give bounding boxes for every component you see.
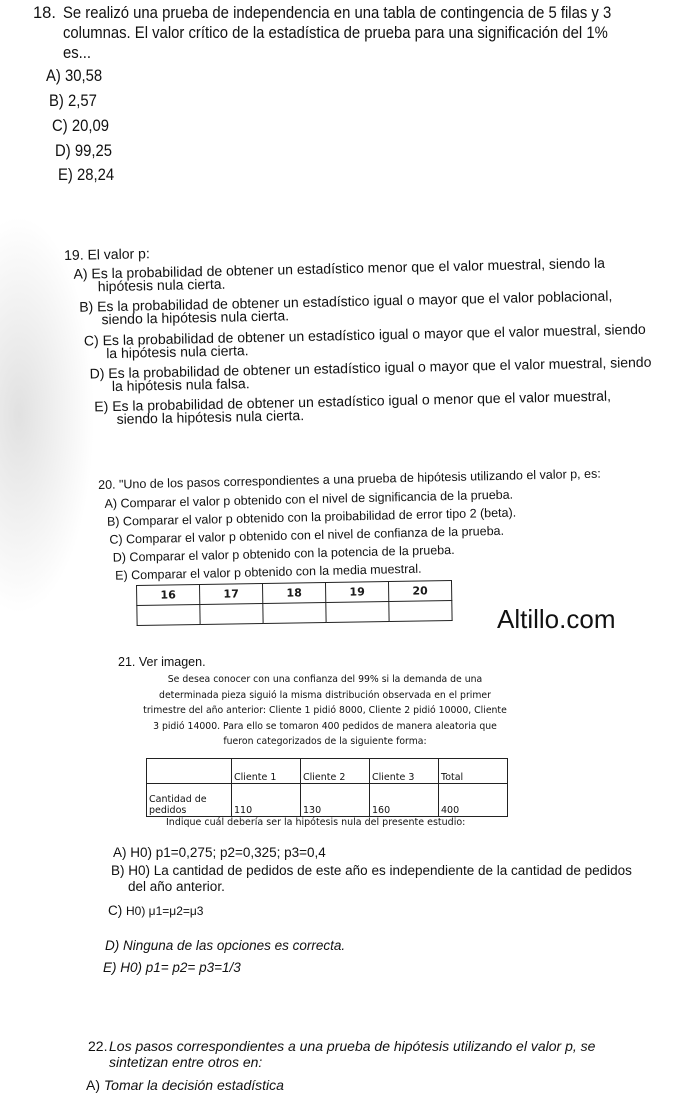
option-letter: B) — [49, 92, 64, 110]
option-letter: C) — [84, 332, 99, 348]
grid-header: 20 — [388, 581, 451, 602]
option-letter: E) — [94, 398, 108, 414]
option-letter: D) — [89, 365, 104, 381]
option-letter: E) — [103, 960, 117, 975]
data-table: Cliente 1 Cliente 2 Cliente 3 Total Cant… — [146, 758, 508, 817]
option-letter: D) — [55, 142, 71, 160]
option-letter: E) — [58, 166, 73, 184]
option-text-cont: siendo la hipótesis nula cierta. — [116, 408, 304, 426]
answer-cell[interactable] — [263, 603, 326, 624]
answer-cell[interactable] — [137, 605, 200, 626]
row-label: Cantidad de pedidos — [147, 784, 232, 817]
answer-cell[interactable] — [326, 602, 389, 623]
answer-grid: 16 17 18 19 20 — [136, 580, 453, 626]
question-stem-line: Se realizó una prueba de independencia e… — [63, 3, 611, 23]
table-header: Cliente 3 — [370, 759, 439, 784]
option-letter: A) — [46, 67, 61, 85]
option-text: 99,25 — [75, 142, 112, 160]
grid-header: 18 — [262, 583, 325, 604]
option-text: H0) p1= p2= p3=1/3 — [120, 960, 240, 975]
option-letter: A) — [86, 1077, 100, 1093]
table-cell: 400 — [439, 784, 508, 817]
option-b[interactable]: B) H0) La cantidad de pedidos de este añ… — [111, 863, 632, 878]
question-stem-line: es... — [63, 43, 91, 63]
option-text: H0) μ1=μ2=μ3 — [126, 904, 203, 918]
answer-grid-answer-row — [137, 601, 452, 626]
option-text: 2,57 — [68, 92, 97, 110]
question-number: 18. — [33, 3, 56, 23]
option-text: 28,24 — [77, 166, 114, 184]
option-text-cont: del año anterior. — [128, 879, 225, 894]
option-text-cont: hipótesis nula cierta. — [98, 277, 226, 294]
grid-header: 19 — [325, 582, 388, 603]
question-title: 19. El valor p: — [64, 246, 150, 262]
table-header: Cliente 2 — [301, 759, 370, 784]
option-letter: A) — [113, 845, 127, 860]
option-text-cont: la hipótesis nula falsa. — [112, 376, 250, 393]
option-letter: C) — [108, 903, 122, 918]
option-c[interactable]: C) 20,09 — [52, 116, 109, 136]
table-cell: 110 — [232, 784, 301, 817]
option-text: H0) p1=0,275; p2=0,325; p3=0,4 — [130, 845, 326, 860]
question-stem-line: Los pasos correspondientes a una prueba … — [109, 1038, 595, 1054]
option-text: Tomar la decisión estadística — [104, 1077, 284, 1093]
table-header-row: Cliente 1 Cliente 2 Cliente 3 Total — [147, 759, 508, 784]
question-number: 22. — [88, 1038, 107, 1054]
option-text: Ninguna de las opciones es correcta. — [123, 938, 345, 953]
option-letter: A) — [73, 266, 87, 282]
question-title: 21. Ver imagen. — [118, 655, 206, 669]
answer-cell[interactable] — [200, 604, 263, 625]
table-cell: 130 — [301, 784, 370, 817]
question-title: 20. "Uno de los pasos correspondientes a… — [98, 467, 601, 492]
option-text-cont: la hipótesis nula cierta. — [106, 343, 249, 360]
option-b[interactable]: B) 2,57 — [49, 91, 97, 111]
option-letter: D) — [105, 938, 119, 953]
option-d[interactable]: D) Ninguna de las opciones es correcta. — [105, 938, 345, 953]
option-c[interactable]: C) H0) μ1=μ2=μ3 — [108, 903, 203, 918]
option-e[interactable]: E) Comparar el valor p obtenido con la m… — [115, 562, 422, 583]
option-e[interactable]: E) 28,24 — [58, 165, 114, 185]
answer-cell[interactable] — [389, 601, 452, 622]
option-text: 30,58 — [65, 67, 102, 85]
grid-header: 16 — [137, 585, 200, 606]
option-d[interactable]: D) 99,25 — [55, 141, 112, 161]
table-row: Cantidad de pedidos 110 130 160 400 — [147, 784, 508, 817]
option-letter: B) — [111, 863, 125, 878]
grid-header: 17 — [200, 584, 263, 605]
question-stem-line: columnas. El valor crítico de la estadís… — [63, 23, 608, 43]
question-stem-line: sintetizan entre otros en: — [109, 1054, 262, 1070]
option-e[interactable]: E) H0) p1= p2= p3=1/3 — [103, 960, 241, 975]
table-cell: 160 — [370, 784, 439, 817]
option-text-cont: siendo la hipótesis nula cierta. — [101, 308, 289, 326]
table-header — [147, 759, 232, 784]
option-text: 20,09 — [72, 117, 109, 135]
table-header: Cliente 1 — [232, 759, 301, 784]
table-header: Total — [439, 759, 508, 784]
question-paragraph: Se desea conocer con una confianza del 9… — [140, 672, 510, 750]
option-a[interactable]: A) Tomar la decisión estadística — [86, 1077, 284, 1093]
option-letter: B) — [79, 298, 93, 314]
option-a[interactable]: A) H0) p1=0,275; p2=0,325; p3=0,4 — [113, 845, 326, 860]
option-a[interactable]: A) 30,58 — [46, 66, 102, 86]
option-text: H0) La cantidad de pedidos de este año e… — [128, 863, 632, 878]
question-instruction: Indique cuál debería ser la hipótesis nu… — [166, 817, 465, 828]
option-letter: C) — [52, 117, 68, 135]
watermark: Altillo.com — [497, 604, 615, 635]
